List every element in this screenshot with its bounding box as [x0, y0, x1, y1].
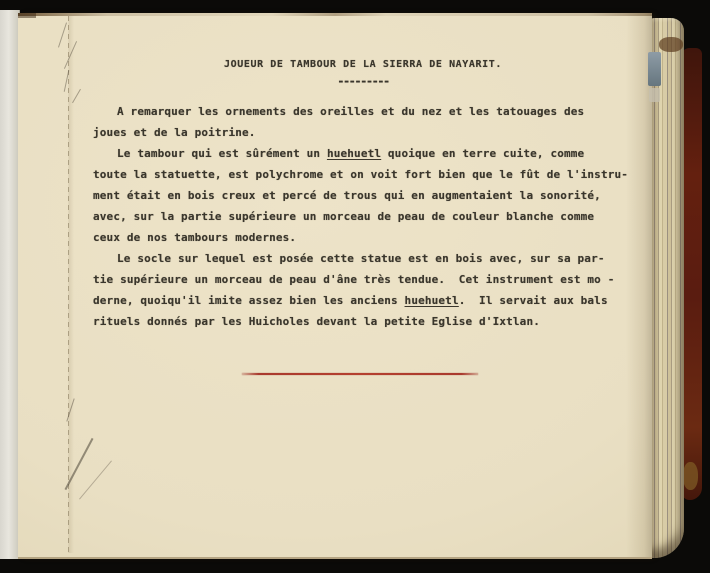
text-line: ment était en bois creux et percé de tro… [93, 185, 633, 206]
red-divider [242, 373, 478, 375]
corner-dirt-mark [18, 13, 36, 18]
cover-top-wear-mark [659, 37, 683, 52]
text-line: avec, sur la partie supérieure un morcea… [93, 206, 633, 227]
title-separator: --------- [93, 74, 633, 89]
book-scan: JOUEUR DE TAMBOUR DE LA SIERRA DE NAYARI… [0, 0, 710, 573]
stitch-line [68, 16, 69, 553]
bookmark-tab-faint [649, 88, 660, 102]
text-line: ceux de nos tambours modernes. [93, 227, 633, 248]
page-title: JOUEUR DE TAMBOUR DE LA SIERRA DE NAYARI… [93, 59, 633, 70]
text-line: tie supérieure un morceau de peau d'âne … [93, 269, 633, 290]
bookmark-tab [648, 52, 661, 86]
typewritten-content: JOUEUR DE TAMBOUR DE LA SIERRA DE NAYARI… [93, 13, 633, 332]
text-line: Le socle sur lequel est posée cette stat… [93, 248, 633, 269]
underlying-page-edge [0, 10, 20, 559]
text-line: Le tambour qui est sûrément un huehuetl … [93, 143, 633, 164]
text-line: A remarquer les ornements des oreilles e… [93, 101, 633, 122]
text-line: rituels donnés par les Huicholes devant … [93, 311, 633, 332]
cover-wear-mark [683, 462, 698, 490]
underlined-term: huehuetl [327, 147, 381, 160]
scratch-mark [58, 22, 67, 47]
book-cover-edge [681, 48, 702, 500]
scanned-page: JOUEUR DE TAMBOUR DE LA SIERRA DE NAYARI… [18, 13, 652, 559]
underlined-term: huehuetl [405, 294, 459, 307]
pencil-smudge [79, 461, 112, 500]
text-line: joues et de la poitrine. [93, 122, 633, 143]
text-line: toute la statuette, est polychrome et on… [93, 164, 633, 185]
document-body: A remarquer les ornements des oreilles e… [93, 101, 633, 332]
text-line: derne, quoiqu'il imite assez bien les an… [93, 290, 633, 311]
